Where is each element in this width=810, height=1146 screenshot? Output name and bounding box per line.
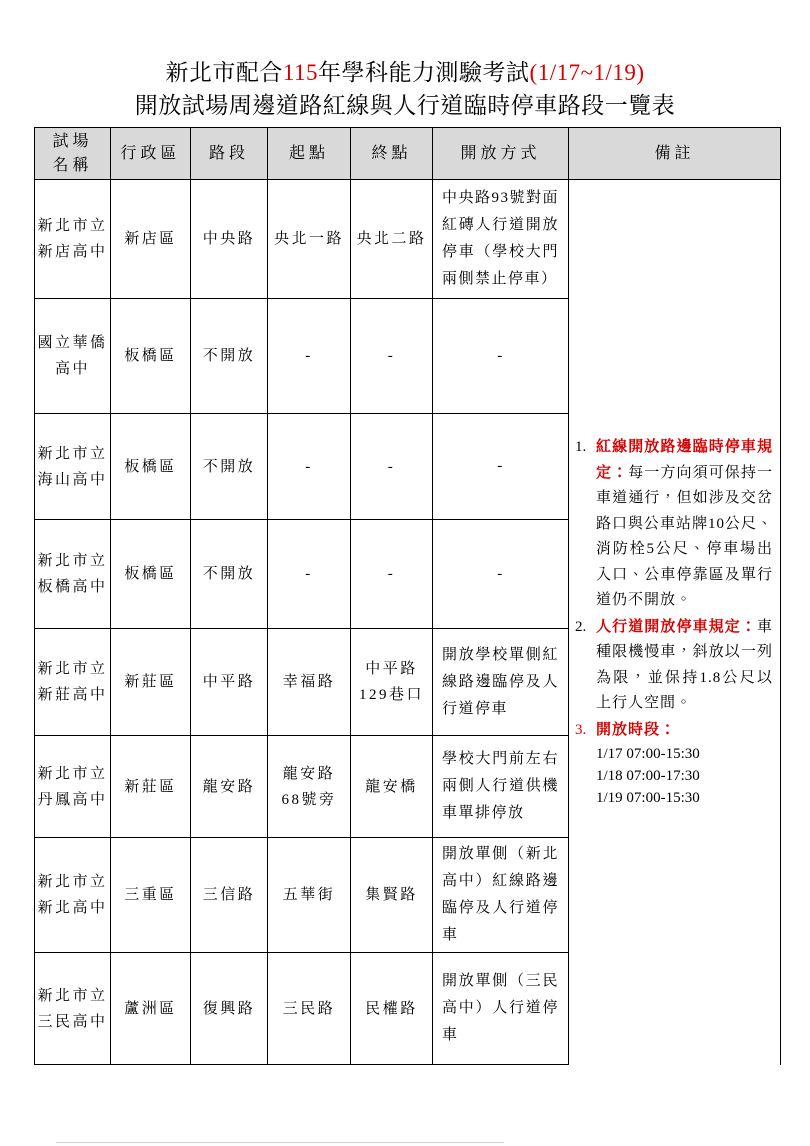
cell-school: 新北市立 新店高中 — [35, 180, 111, 299]
cell-start: - — [268, 520, 351, 629]
cell-school: 新北市立 丹鳳高中 — [35, 736, 111, 838]
cell-method: 開放單側（新北高中）紅線路邊臨停及人行道停車 — [433, 838, 569, 953]
cell-method: - — [433, 520, 569, 629]
cell-district: 板橋區 — [111, 299, 191, 414]
title-date-range: (1/17~1/19) — [530, 60, 645, 85]
cell-district: 新莊區 — [111, 736, 191, 838]
cell-start: - — [268, 414, 351, 520]
header-start: 起點 — [268, 128, 351, 180]
remark-number: 3. — [575, 718, 596, 744]
remark-number: 1. — [575, 435, 596, 461]
cell-end: 央北二路 — [351, 180, 433, 299]
title-text: 年學科能力測驗考試 — [318, 60, 530, 85]
cell-start: 三民路 — [268, 953, 351, 1065]
cell-start: - — [268, 299, 351, 414]
cell-start: 五華街 — [268, 838, 351, 953]
page-title: 新北市配合115年學科能力測驗考試(1/17~1/19) 開放試場周邊道路紅線與… — [0, 56, 810, 122]
open-time: 1/17 07:00-15:30 — [596, 743, 773, 765]
title-exam-year: 115 — [283, 60, 318, 85]
remark-number: 2. — [575, 615, 596, 641]
header-remarks: 備註 — [569, 128, 781, 180]
remark-text: 紅線開放路邊臨時停車規定：每一方向須可保持一車道通行，但如涉及交岔路口與公車站牌… — [596, 435, 773, 614]
cell-school: 新北市立 板橋高中 — [35, 520, 111, 629]
remark-item-1: 1. 紅線開放路邊臨時停車規定：每一方向須可保持一車道通行，但如涉及交岔路口與公… — [575, 435, 773, 614]
cell-start: 幸福路 — [268, 629, 351, 736]
cell-end: 集賢路 — [351, 838, 433, 953]
remark-label: 人行道開放停車規定： — [596, 619, 757, 635]
remark-text: 開放時段： 1/17 07:00-15:30 1/18 07:00-17:30 … — [596, 718, 773, 810]
document-page: { "colors": { "accent_red": "#d60000", "… — [0, 0, 810, 1146]
title-text: 新北市配合 — [165, 60, 283, 85]
cell-end: 中平路 129巷口 — [351, 629, 433, 736]
remark-label: 開放時段： — [596, 722, 676, 738]
cell-district: 三重區 — [111, 838, 191, 953]
parking-table: 試場 名稱 行政區 路段 起點 終點 開放方式 備註 新北市立 新店高中 新店區… — [34, 127, 781, 1065]
header-method: 開放方式 — [433, 128, 569, 180]
remark-body: 每一方向須可保持一車道通行，但如涉及交岔路口與公車站牌10公尺、消防栓5公尺、停… — [596, 465, 773, 609]
header-district: 行政區 — [111, 128, 191, 180]
remark-item-2: 2. 人行道開放停車規定：車種限機慢車，斜放以一列為限，並保持1.8公尺以上行人… — [575, 615, 773, 717]
cell-method: - — [433, 414, 569, 520]
page-title-line2: 開放試場周邊道路紅線與人行道臨時停車路段一覽表 — [0, 89, 810, 122]
cell-method: 開放單側（三民高中）人行道停車 — [433, 953, 569, 1065]
cell-method: 開放學校單側紅線路邊臨停及人行道停車 — [433, 629, 569, 736]
cell-school: 新北市立 新莊高中 — [35, 629, 111, 736]
cell-school: 新北市立 新北高中 — [35, 838, 111, 953]
cell-district: 新莊區 — [111, 629, 191, 736]
table-row: 新北市立 新店高中 新店區 中央路 央北一路 央北二路 中央路93號對面紅磚人行… — [35, 180, 781, 299]
header-road: 路段 — [191, 128, 268, 180]
next-page-edge-line — [56, 1142, 504, 1143]
cell-start: 央北一路 — [268, 180, 351, 299]
open-time-list: 1/17 07:00-15:30 1/18 07:00-17:30 1/19 0… — [596, 743, 773, 809]
remark-text: 人行道開放停車規定：車種限機慢車，斜放以一列為限，並保持1.8公尺以上行人空間。 — [596, 615, 773, 717]
cell-road: 不開放 — [191, 414, 268, 520]
remark-item-3: 3. 開放時段： 1/17 07:00-15:30 1/18 07:00-17:… — [575, 718, 773, 810]
table-header-row: 試場 名稱 行政區 路段 起點 終點 開放方式 備註 — [35, 128, 781, 180]
cell-district: 新店區 — [111, 180, 191, 299]
remarks-cell: 1. 紅線開放路邊臨時停車規定：每一方向須可保持一車道通行，但如涉及交岔路口與公… — [569, 180, 781, 1065]
cell-road: 不開放 — [191, 299, 268, 414]
cell-end: 民權路 — [351, 953, 433, 1065]
cell-road: 三信路 — [191, 838, 268, 953]
cell-school: 國立華僑 高中 — [35, 299, 111, 414]
open-time: 1/18 07:00-17:30 — [596, 765, 773, 787]
cell-district: 板橋區 — [111, 520, 191, 629]
cell-school: 新北市立 海山高中 — [35, 414, 111, 520]
header-end: 終點 — [351, 128, 433, 180]
cell-end: - — [351, 414, 433, 520]
cell-school: 新北市立 三民高中 — [35, 953, 111, 1065]
cell-method: 學校大門前左右兩側人行道供機車單排停放 — [433, 736, 569, 838]
cell-method: - — [433, 299, 569, 414]
cell-end: - — [351, 520, 433, 629]
cell-district: 蘆洲區 — [111, 953, 191, 1065]
cell-end: 龍安橋 — [351, 736, 433, 838]
cell-start: 龍安路 68號旁 — [268, 736, 351, 838]
cell-road: 中平路 — [191, 629, 268, 736]
cell-road: 復興路 — [191, 953, 268, 1065]
cell-district: 板橋區 — [111, 414, 191, 520]
cell-road: 不開放 — [191, 520, 268, 629]
cell-road: 中央路 — [191, 180, 268, 299]
cell-end: - — [351, 299, 433, 414]
page-title-line1: 新北市配合115年學科能力測驗考試(1/17~1/19) — [0, 56, 810, 89]
cell-method: 中央路93號對面紅磚人行道開放停車（學校大門兩側禁止停車） — [433, 180, 569, 299]
cell-road: 龍安路 — [191, 736, 268, 838]
open-time: 1/19 07:00-15:30 — [596, 787, 773, 809]
header-school: 試場 名稱 — [35, 128, 111, 180]
